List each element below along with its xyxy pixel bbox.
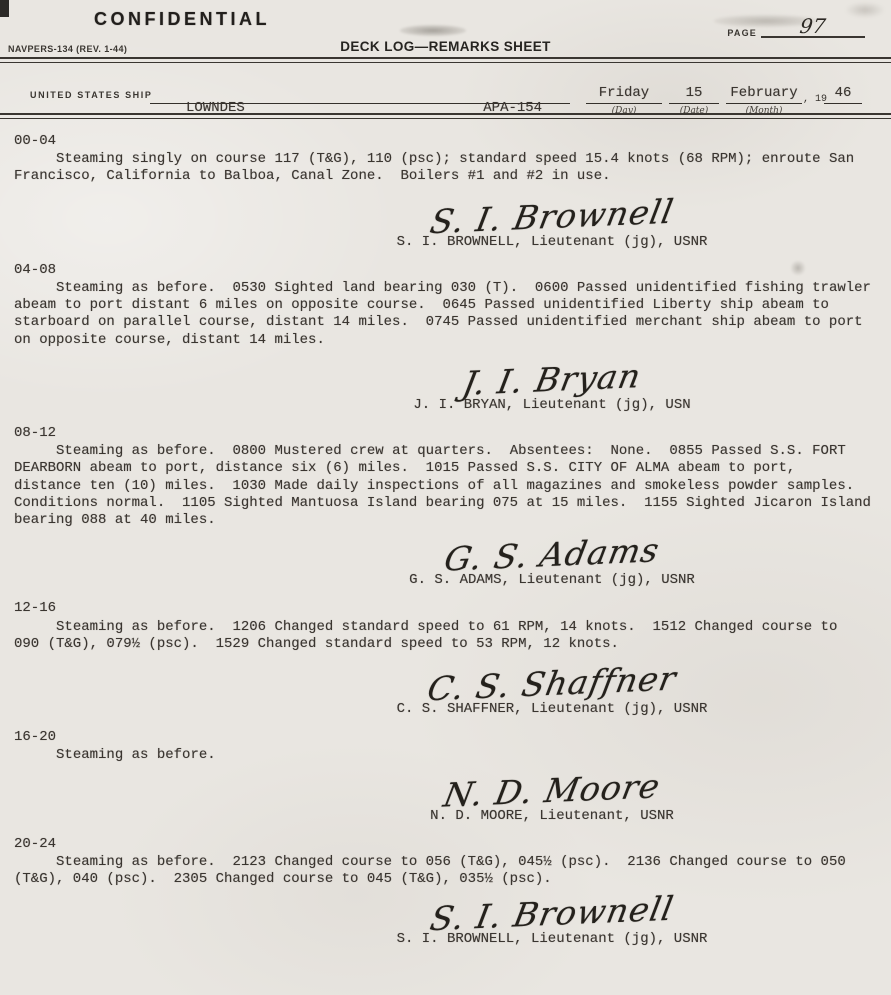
signature-block: N. D. Moore N. D. MOORE, Lieutenant, USN… — [332, 769, 772, 825]
log-entry-00-04: 00-04 Steaming singly on course 117 (T&G… — [14, 133, 877, 251]
log-entry-12-16: 12-16 Steaming as before. 1206 Changed s… — [14, 600, 877, 718]
remarks-text: Steaming singly on course 117 (T&G), 110… — [14, 151, 877, 185]
remarks-text: Steaming as before. 1206 Changed standar… — [14, 619, 877, 653]
day-line: Friday — [586, 79, 662, 104]
signature-block: S. I. Brownell S. I. BROWNELL, Lieutenan… — [332, 892, 772, 948]
watch-period-heading: 20-24 — [14, 836, 877, 853]
page-number-field: PAGE97 — [727, 16, 865, 38]
deck-log-scan: { "colors": { "paper": "#e9e6e1", "ink":… — [0, 0, 891, 995]
year-field: 46 — [835, 85, 852, 102]
page-label: PAGE — [727, 28, 757, 38]
horizontal-rule — [0, 113, 891, 119]
signature-block: C. S. Shaffner C. S. SHAFFNER, Lieutenan… — [332, 662, 772, 718]
watch-period-heading: 00-04 — [14, 133, 877, 150]
watch-period-heading: 08-12 — [14, 425, 877, 442]
date-line: 15 — [669, 79, 719, 104]
log-entries: 00-04 Steaming singly on course 117 (T&G… — [14, 120, 877, 949]
horizontal-rule — [0, 57, 891, 63]
log-entry-08-12: 08-12 Steaming as before. 0800 Mustered … — [14, 425, 877, 589]
watch-period-heading: 04-08 — [14, 262, 877, 279]
log-entry-20-24: 20-24 Steaming as before. 2123 Changed c… — [14, 836, 877, 949]
remarks-text: Steaming as before. 0530 Sighted land be… — [14, 280, 877, 349]
month-line: February — [726, 79, 802, 104]
page-number-line: 97 — [761, 16, 865, 38]
ship-label: UNITED STATES SHIP — [30, 90, 152, 100]
page-number-handwritten: 97 — [799, 16, 827, 36]
watch-period-heading: 16-20 — [14, 729, 877, 746]
remarks-text: Steaming as before. 0800 Mustered crew a… — [14, 443, 877, 529]
signature-block: G. S. Adams G. S. ADAMS, Lieutenant (jg)… — [332, 533, 772, 589]
ship-name-line: LOWNDES APA-154 — [150, 79, 570, 104]
classification-stamp: CONFIDENTIAL — [94, 9, 270, 30]
signature-block: J. I. Bryan J. I. BRYAN, Lieutenant (jg)… — [332, 358, 772, 414]
year-line: 46 — [824, 79, 862, 104]
watch-period-heading: 12-16 — [14, 600, 877, 617]
day-field: Friday — [599, 85, 649, 102]
signature-block: S. I. Brownell S. I. BROWNELL, Lieutenan… — [332, 195, 772, 251]
form-header: CONFIDENTIAL PAGE97 NAVPERS-134 (REV. 1-… — [0, 0, 891, 120]
month-field: February — [730, 85, 797, 102]
log-entry-04-08: 04-08 Steaming as before. 0530 Sighted l… — [14, 262, 877, 414]
log-entry-16-20: 16-20 Steaming as before. N. D. Moore N.… — [14, 729, 877, 825]
date-field: 15 — [686, 85, 703, 102]
form-title: DECK LOG—REMARKS SHEET — [0, 39, 891, 54]
